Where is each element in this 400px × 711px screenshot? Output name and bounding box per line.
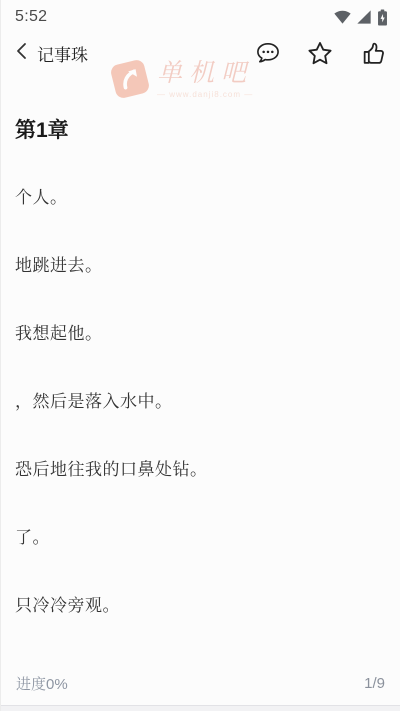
paragraph: 只冷冷旁观。	[15, 594, 386, 618]
status-bar: 5:52	[1, 0, 400, 32]
paragraph: 恐后地往我的口鼻处钻。	[15, 458, 386, 482]
like-button[interactable]	[360, 40, 386, 66]
status-time: 5:52	[15, 8, 47, 26]
back-chevron-icon	[15, 42, 29, 65]
comment-bubble-icon	[255, 41, 280, 65]
star-icon	[307, 41, 333, 66]
paragraph: ，然后是落入水中。	[15, 390, 386, 414]
thumbs-up-icon	[361, 41, 386, 66]
chapter-paragraphs: 个人。地跳进去。我想起他。，然后是落入水中。恐后地往我的口鼻处钻。了。只冷冷旁观…	[15, 186, 386, 618]
cellular-signal-icon	[356, 10, 372, 24]
nav-bar: 记事珠	[1, 32, 400, 74]
progress-label: 进度0%	[16, 673, 68, 694]
reader-screen: 5:52 记事珠	[1, 0, 400, 711]
status-icons	[334, 9, 388, 26]
paragraph: 我想起他。	[15, 322, 386, 346]
comments-button[interactable]	[254, 40, 280, 66]
chapter-title: 第1章	[15, 116, 386, 146]
page-indicator: 1/9	[364, 675, 385, 692]
book-title: 记事珠	[37, 41, 88, 66]
watermark-url: — www.danji8.com —	[157, 90, 253, 99]
wifi-icon	[334, 10, 351, 24]
paragraph: 了。	[15, 526, 386, 550]
bottom-edge	[1, 705, 400, 711]
paragraph: 个人。	[15, 186, 386, 210]
battery-charging-icon	[377, 9, 388, 26]
back-button[interactable]: 记事珠	[15, 41, 88, 66]
paragraph: 地跳进去。	[15, 254, 386, 278]
nav-actions	[254, 40, 386, 66]
reader-content[interactable]: 第1章 个人。地跳进去。我想起他。，然后是落入水中。恐后地往我的口鼻处钻。了。只…	[1, 116, 400, 618]
reader-footer: 进度0% 1/9	[1, 673, 400, 694]
favorite-button[interactable]	[307, 40, 333, 66]
